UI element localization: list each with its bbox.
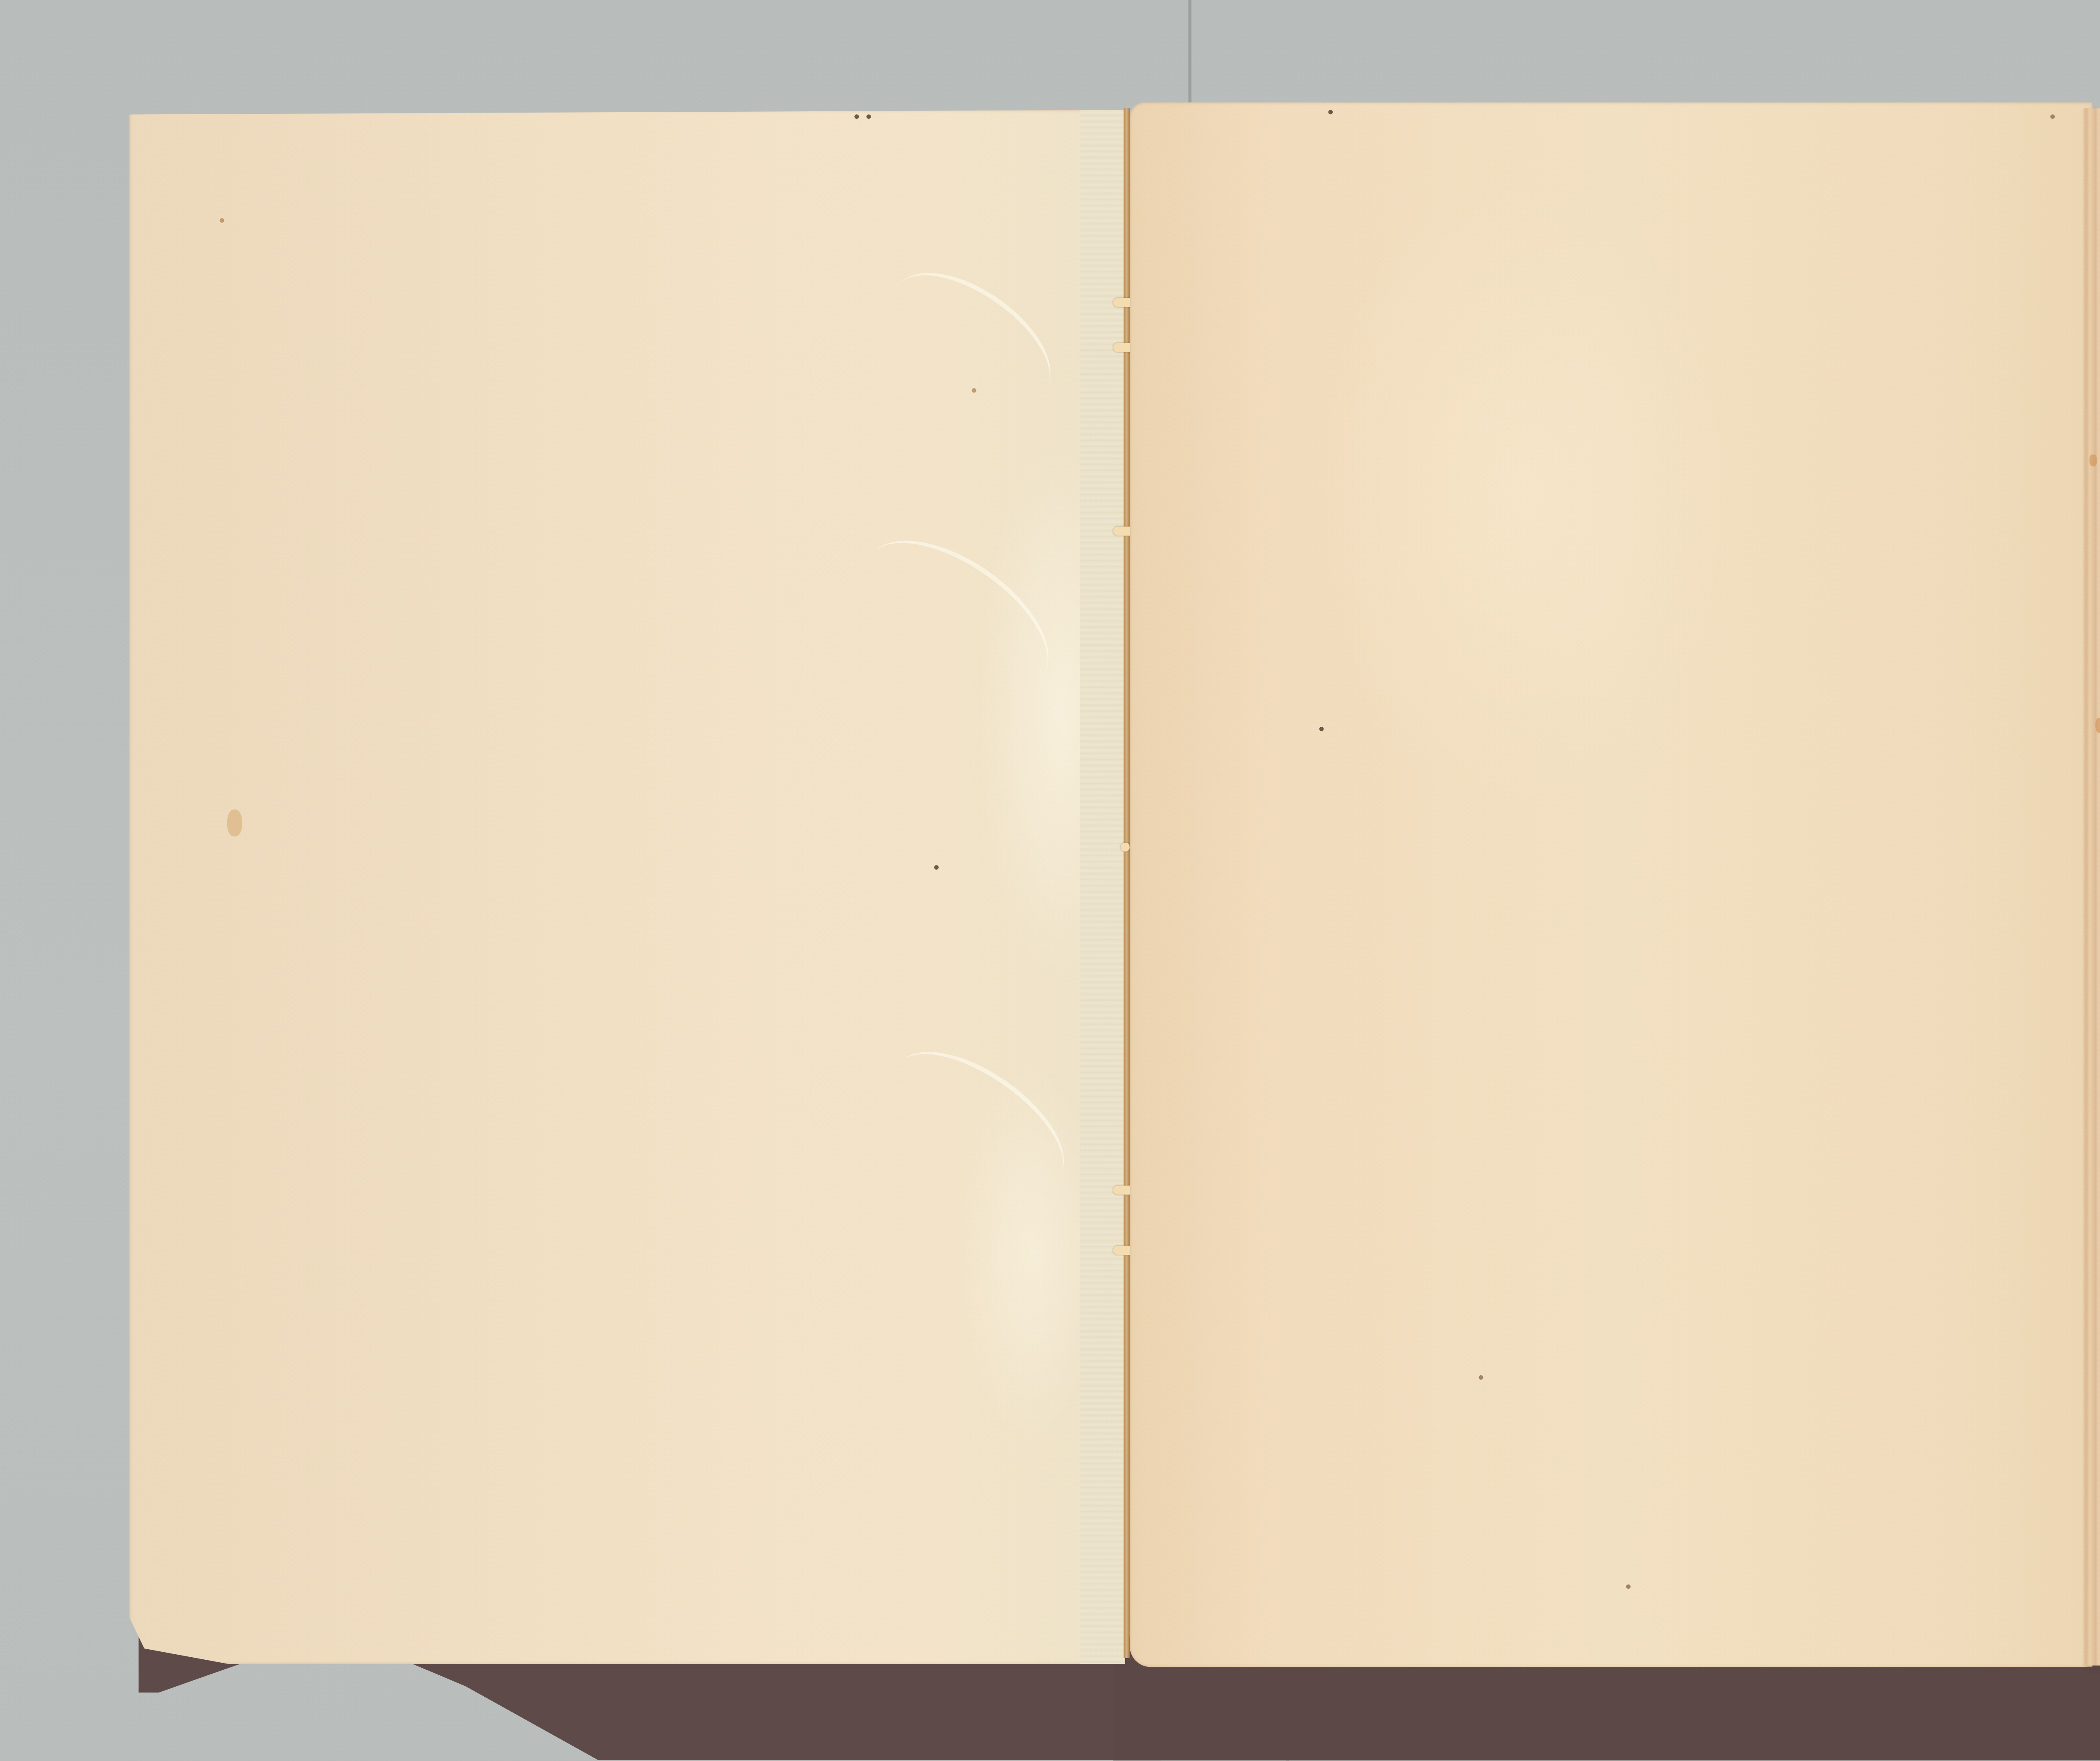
paper-speck	[866, 114, 871, 119]
paper-speck	[1328, 110, 1333, 114]
foxing-stain	[2089, 455, 2097, 467]
foxing-stain	[2095, 718, 2100, 733]
background-seam-top	[1188, 0, 1191, 113]
paper-crease	[871, 247, 1073, 428]
paper-crease	[839, 511, 1075, 722]
paper-speck	[2050, 114, 2055, 119]
paper-speck	[972, 388, 976, 393]
binding-stitch	[1121, 843, 1129, 852]
paper-speck	[220, 218, 224, 223]
foxing-stain	[227, 810, 242, 836]
book-spine-gutter	[1123, 108, 1129, 1658]
paper-speck	[934, 865, 939, 870]
paper-speck	[1626, 1584, 1631, 1589]
paper-speck	[1319, 727, 1324, 731]
paper-crease	[872, 1025, 1087, 1215]
right-page	[1130, 103, 2092, 1667]
paper-speck	[854, 114, 859, 119]
scan-stage	[0, 0, 2100, 1760]
page-block-fore-edge	[2084, 108, 2100, 1666]
left-page	[129, 110, 1125, 1664]
paper-speck	[1479, 1375, 1483, 1380]
